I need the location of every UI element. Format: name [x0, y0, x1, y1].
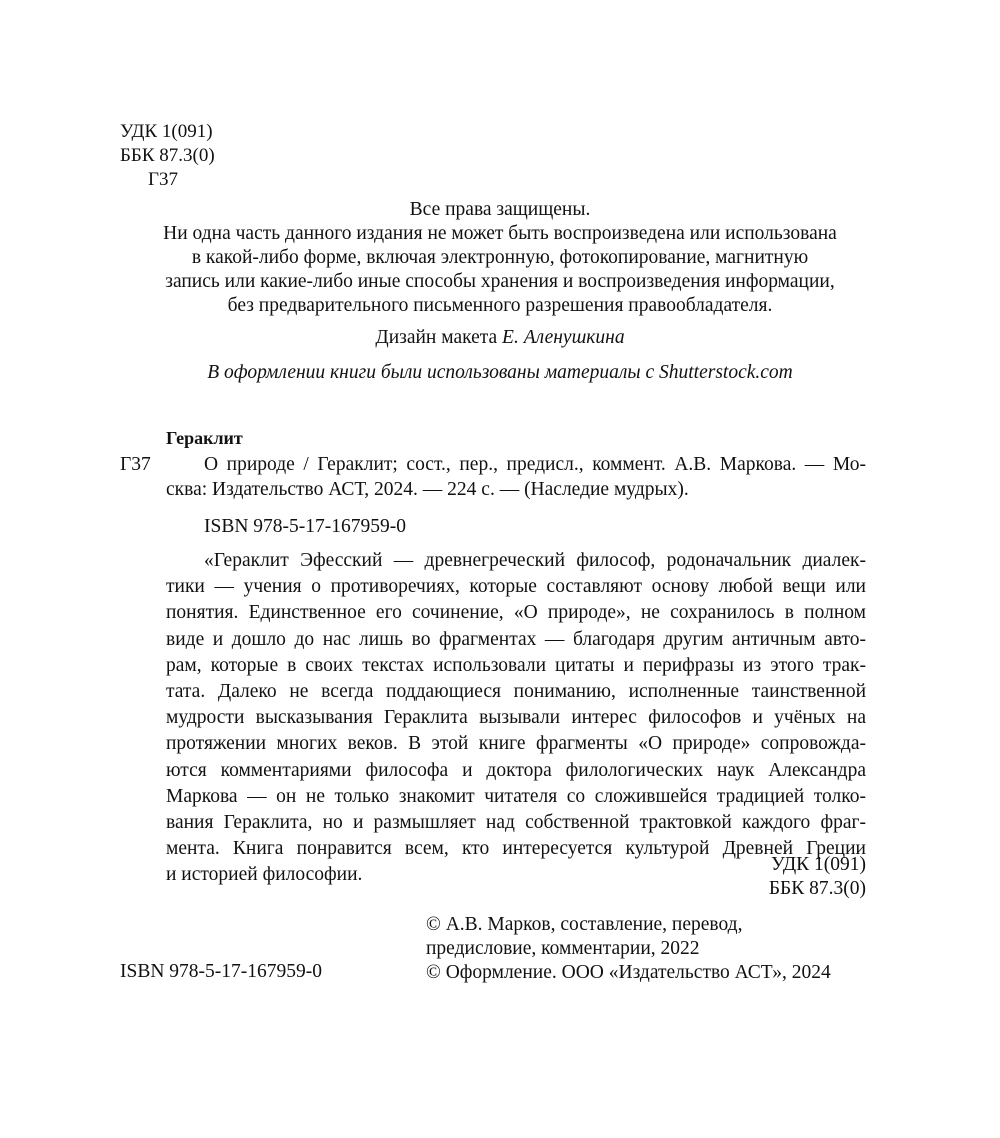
abstract-line: мента. Книга понравится всем, кто интере…	[166, 836, 866, 862]
abstract-line: ются комментариями философа и доктора фи…	[166, 758, 866, 784]
copyright-line: © А.В. Марков, составление, перевод,	[426, 913, 831, 937]
bib-line-1: О природе / Гераклит; сост., пер., преди…	[166, 452, 866, 478]
abstract: «Гераклит Эфесский — древнегреческий фил…	[166, 548, 866, 889]
abstract-line: тата. Далеко не всегда поддающиеся поним…	[166, 679, 866, 705]
copyright-line: © Оформление. ООО «Издательство АСТ», 20…	[426, 961, 831, 985]
bbk-code: ББК 87.3(0)	[120, 144, 215, 168]
abstract-line: рам, которые в своих текстах использовал…	[166, 653, 866, 679]
rights-line: в какой-либо форме, включая электронную,…	[120, 246, 880, 270]
bbk-code-bottom: ББК 87.3(0)	[769, 877, 866, 901]
abstract-line: понятия. Единственное его сочинение, «О …	[166, 600, 866, 626]
abstract-line: протяжении многих веков. В этой книге фр…	[166, 731, 866, 757]
abstract-line: и историей философии.	[166, 862, 866, 888]
copyright-line: предисловие, комментарии, 2022	[426, 937, 831, 961]
rights-line: Все права защищены.	[120, 198, 880, 222]
author-heading: Гераклит	[166, 428, 243, 449]
materials-credit: В оформлении книги были использованы мат…	[120, 362, 880, 384]
design-credit: Дизайн макета Е. Аленушкина	[120, 327, 880, 349]
author-mark: Г37	[120, 168, 215, 192]
abstract-line: мудрости высказывания Гераклита вызывали…	[166, 705, 866, 731]
classification-codes-top: УДК 1(091) ББК 87.3(0) Г37	[120, 120, 215, 192]
abstract-line: вания Гераклита, но и размышляет над соб…	[166, 810, 866, 836]
isbn-middle: ISBN 978-5-17-167959-0	[204, 516, 406, 538]
rights-line: запись или какие-либо иные способы хране…	[120, 270, 880, 294]
designer-name: Е. Аленушкина	[502, 327, 625, 348]
abstract-line: «Гераклит Эфесский — древнегреческий фил…	[166, 548, 866, 574]
bibliographic-description: О природе / Гераклит; сост., пер., преди…	[166, 452, 866, 502]
author-mark-side: Г37	[120, 454, 151, 476]
copyright-block: © А.В. Марков, составление, перевод, пре…	[426, 913, 831, 985]
bib-line-2: сква: Издательство АСТ, 2024. — 224 с. —…	[166, 478, 866, 502]
abstract-line: виде и дошло до нас лишь во фрагментах —…	[166, 627, 866, 653]
abstract-line: Маркова — он не только знакомит читателя…	[166, 784, 866, 810]
classification-codes-bottom: УДК 1(091) ББК 87.3(0)	[769, 853, 866, 901]
isbn-bottom: ISBN 978-5-17-167959-0	[120, 961, 322, 983]
udk-code-bottom: УДК 1(091)	[769, 853, 866, 877]
design-label: Дизайн макета	[375, 327, 502, 348]
rights-line: Ни одна часть данного издания не может б…	[120, 222, 880, 246]
udk-code: УДК 1(091)	[120, 120, 215, 144]
abstract-line: тики — учения о противоречиях, которые с…	[166, 574, 866, 600]
rights-line: без предварительного письменного разреше…	[120, 294, 880, 318]
rights-notice: Все права защищены. Ни одна часть данног…	[120, 198, 880, 318]
